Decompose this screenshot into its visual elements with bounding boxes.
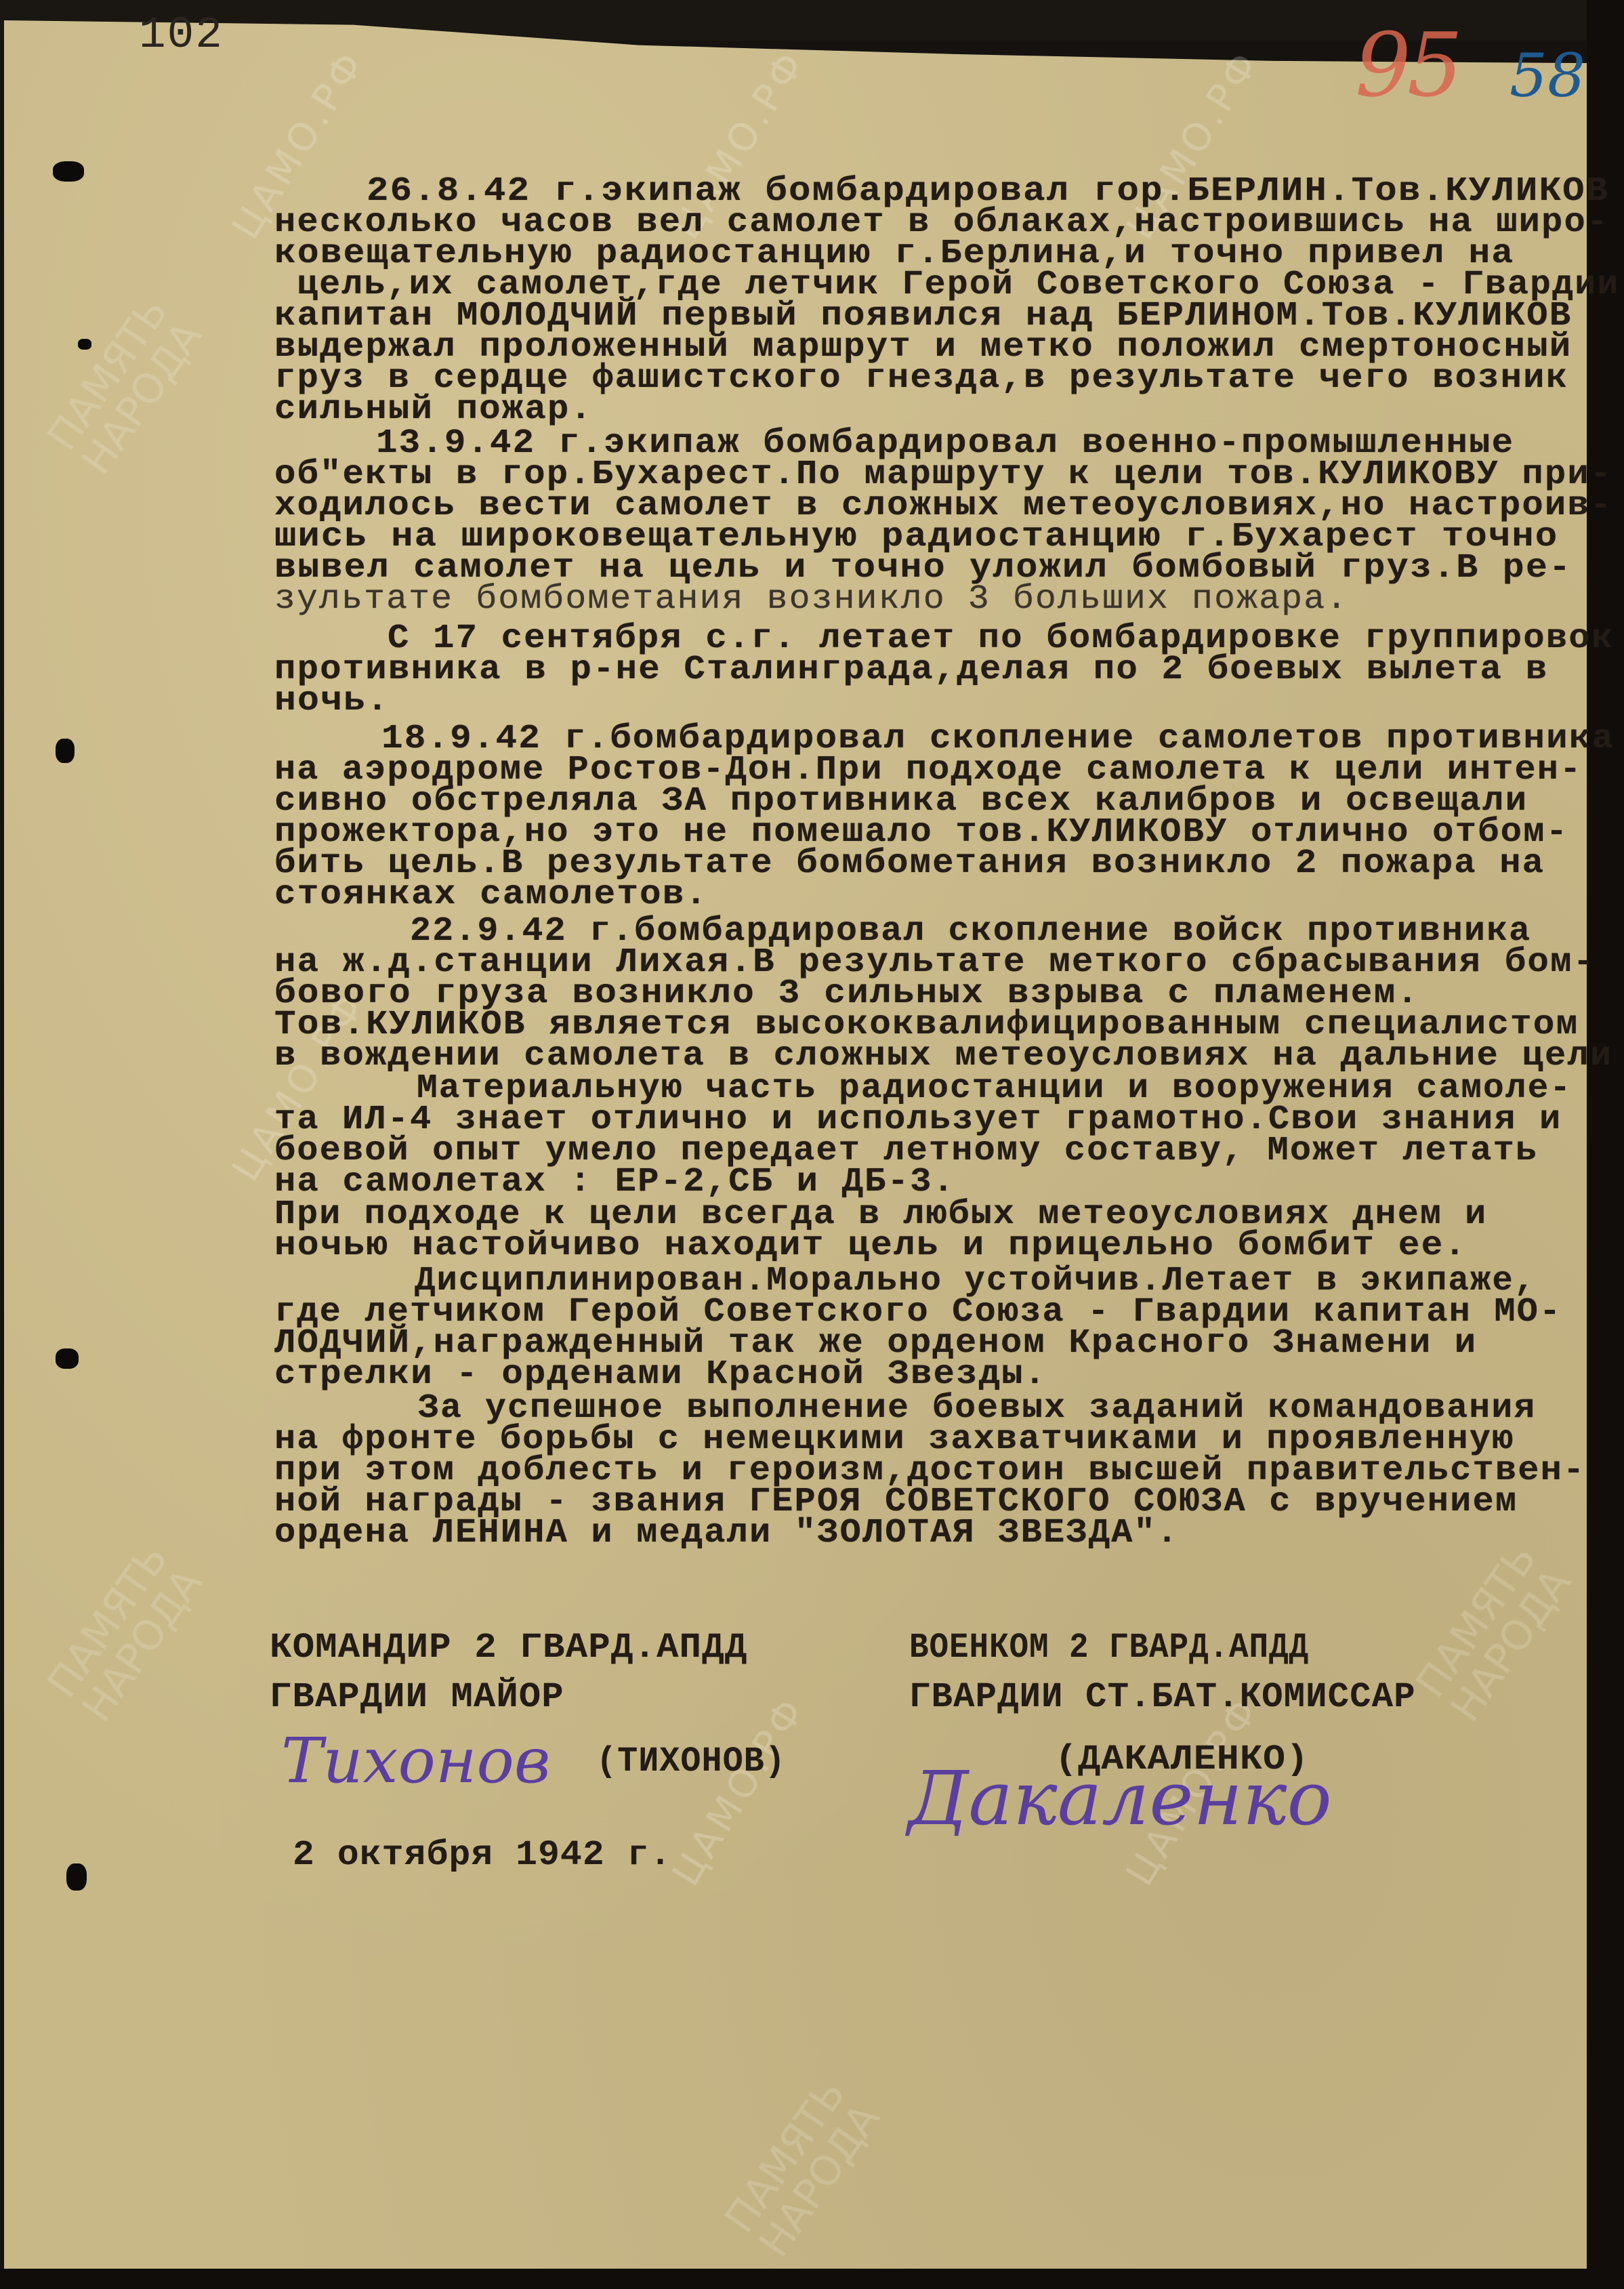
signer-rank: ГВАРДИИ МАЙОР <box>270 1677 564 1717</box>
body-line: в вождении самолета в сложных метеоуслов… <box>274 1039 1612 1073</box>
archive-mark-blue: 58 <box>1510 41 1585 110</box>
binder-hole <box>78 339 91 350</box>
signer-rank: ГВАРДИИ СТ.БАТ.КОМИССАР <box>909 1677 1416 1717</box>
handwritten-signature: Тихонов <box>281 1725 550 1797</box>
signer-name: (ТИХОНОВ) <box>596 1741 786 1781</box>
body-line: стрелки - орденами Красной Звезды. <box>274 1358 1047 1392</box>
body-line: на самолетах : ЕР-2,СБ и ДБ-3. <box>274 1166 955 1199</box>
body-line: стоянках самолетов. <box>274 878 708 912</box>
body-line: ордена ЛЕНИНА и медали "ЗОЛОТАЯ ЗВЕЗДА". <box>274 1517 1179 1550</box>
signer-title: ВОЕНКОМ 2 ГВАРД.АПДД <box>909 1628 1309 1668</box>
binder-hole <box>56 1348 79 1369</box>
body-line: ночью настойчиво находит цель и прицельн… <box>274 1229 1467 1263</box>
signer-title: КОМАНДИР 2 ГВАРД.АПДД <box>270 1628 747 1668</box>
document-date: 2 октября 1942 г. <box>293 1835 671 1875</box>
binder-hole <box>66 1863 87 1891</box>
archive-mark-red: 95 <box>1355 14 1459 117</box>
page-number: 102 <box>139 9 224 60</box>
binder-hole <box>53 161 84 182</box>
body-line: противника в р-не Сталинграда,делая по 2… <box>274 653 1548 687</box>
body-line: зультате бомбометания возникло 3 больших… <box>274 583 1348 617</box>
body-line: сильный пожар. <box>274 393 593 427</box>
scan-bottom-edge <box>0 2269 1624 2289</box>
handwritten-signature: Дакаленко <box>908 1755 1332 1842</box>
binder-hole <box>56 739 75 763</box>
scan-right-edge <box>1587 0 1624 2289</box>
body-line: ночь. <box>274 684 390 718</box>
